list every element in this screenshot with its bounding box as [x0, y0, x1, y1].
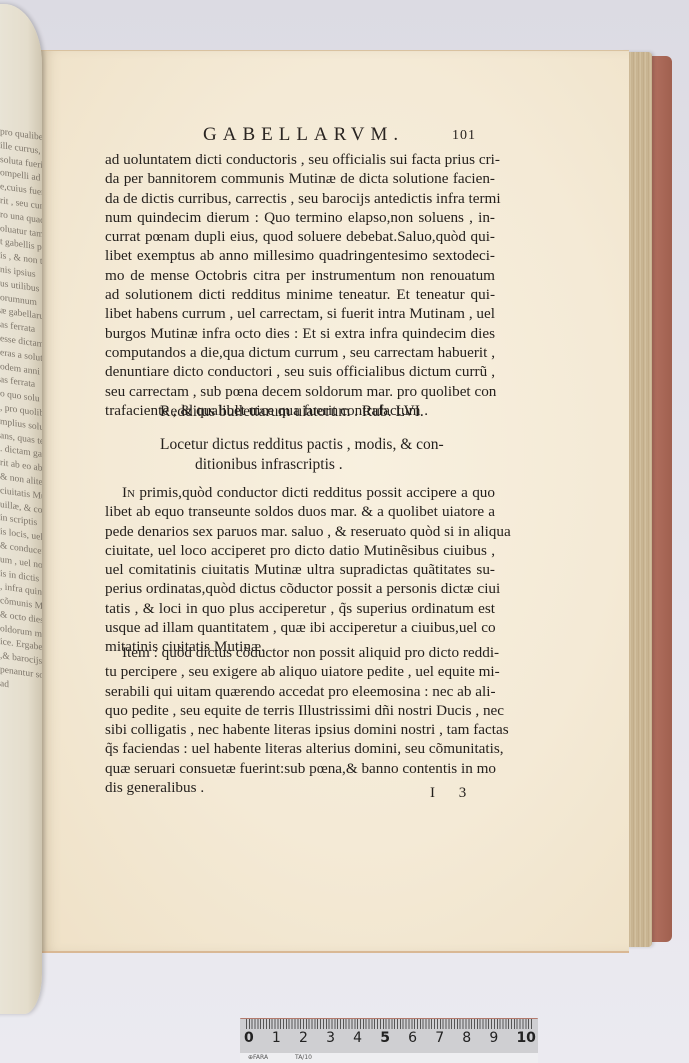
text-line: mo de mense Octobris citra per instrumen…	[105, 266, 495, 285]
text-line: Locetur dictus redditus pactis , modis, …	[160, 435, 460, 455]
ruler-number: 9	[489, 1030, 498, 1046]
text-line: denuntiare dicto conductori , seu suis o…	[105, 362, 495, 381]
paragraph-2: In primis,quòd conductor dicti redditus …	[105, 483, 495, 657]
text-line: tu percipere , seu exigere ab aliquo uia…	[105, 662, 495, 681]
text-line: da per bannitorem communis Mutinæ de dic…	[105, 169, 495, 188]
ruler-model: TA/10	[295, 1054, 312, 1061]
text-line: ditionibus infrascriptis .	[160, 455, 460, 475]
scale-ruler: 0 1 2 3 4 5 6 7 8 9 10	[240, 1018, 538, 1054]
text-line: Item : quòd dictus cõductor non possit a…	[105, 643, 495, 662]
text-fragment: primis,quòd conductor dicti redditus pos…	[135, 484, 495, 501]
text-line: ciuitate, uel loco acciperet pro dicto d…	[105, 541, 495, 560]
text-line: libet exemptus ab anno millesimo quadrin…	[105, 246, 495, 265]
text-line: In primis,quòd conductor dicti redditus …	[105, 483, 495, 502]
text-line: ad solutionem dicti redditus minime tene…	[105, 285, 495, 304]
text-line: da de dictis curribus, carrectis , seu b…	[105, 189, 495, 208]
text-line: burgos Mutinæ infra octo dies : Et si ex…	[105, 324, 495, 343]
facing-page-text: pro qualibetille currus, pelosoluta fuer…	[0, 126, 42, 698]
ruler-numbers: 0 1 2 3 4 5 6 7 8 9 10	[244, 1030, 536, 1046]
text-line: serabili qui uitam quærendo accedat pro …	[105, 682, 495, 701]
ruler-number: 10	[516, 1030, 535, 1046]
ruler-number: 4	[353, 1030, 362, 1046]
text-line: usque ad illam quantitatem , quæ ibi acc…	[105, 618, 495, 637]
text-line: libet habens currum , uel carrectam, si …	[105, 304, 495, 323]
text-line: q̃s faciendas : uel habente literas alte…	[105, 739, 495, 758]
ruler-number: 0	[244, 1030, 254, 1046]
ruler-number: 1	[272, 1030, 281, 1046]
initial-word: In	[122, 484, 135, 501]
page-number: 101	[452, 128, 476, 144]
text-line: quo pedite , seu equite de terris Illust…	[105, 701, 495, 720]
text-line: pede denarios sex paruos mar. saluo , & …	[105, 522, 495, 541]
text-line: seu carrectam , sub pœna decem soldorum …	[105, 382, 495, 401]
paragraph-1: ad uoluntatem dicti conductoris , seu of…	[105, 150, 495, 420]
text-line: perius ordinatas,quòd dictus cõductor po…	[105, 579, 495, 598]
text-line: computandos a die,qua dictum currum , se…	[105, 343, 495, 362]
ruler-brand: ⊕FARA	[248, 1054, 268, 1061]
text-line: libet ab equo transeunte soldos duos mar…	[105, 502, 495, 521]
text-line: ad uoluntatem dicti conductoris , seu of…	[105, 150, 495, 169]
signature-mark: I 3	[430, 785, 476, 802]
paragraph-3: Item : quòd dictus cõductor non possit a…	[105, 643, 495, 797]
ruler-label: ⊕FARA TA/10	[240, 1053, 538, 1063]
text-line: uel comitatinis ciuitatis Mutinæ ultra s…	[105, 560, 495, 579]
ruler-number: 7	[435, 1030, 444, 1046]
ruler-number: 2	[299, 1030, 308, 1046]
ruler-number: 6	[408, 1030, 417, 1046]
ruler-number: 3	[326, 1030, 335, 1046]
text-line: sibi colligatis , nec habente literas ip…	[105, 720, 495, 739]
text-line: quæ seruari consuetæ fuerint:sub pœna,& …	[105, 759, 495, 778]
rubric-subtitle: Locetur dictus redditus pactis , modis, …	[160, 435, 460, 475]
rubric-title: Redditus bullettarum uiatorum . Rub. LVI…	[160, 403, 480, 421]
ruler-number: 5	[380, 1030, 390, 1046]
left-page-curled: pro qualibetille currus, pelosoluta fuer…	[0, 4, 42, 1014]
text-line: currat pœnam dupli eius, quod soluere de…	[105, 227, 495, 246]
text-line: num quindecim dierum : Quo termino elaps…	[105, 208, 495, 227]
text-line: tatis , & loci in quo plus acciperetur ,…	[105, 599, 495, 618]
ruler-number: 8	[462, 1030, 471, 1046]
ruler-ticks	[246, 1019, 532, 1029]
